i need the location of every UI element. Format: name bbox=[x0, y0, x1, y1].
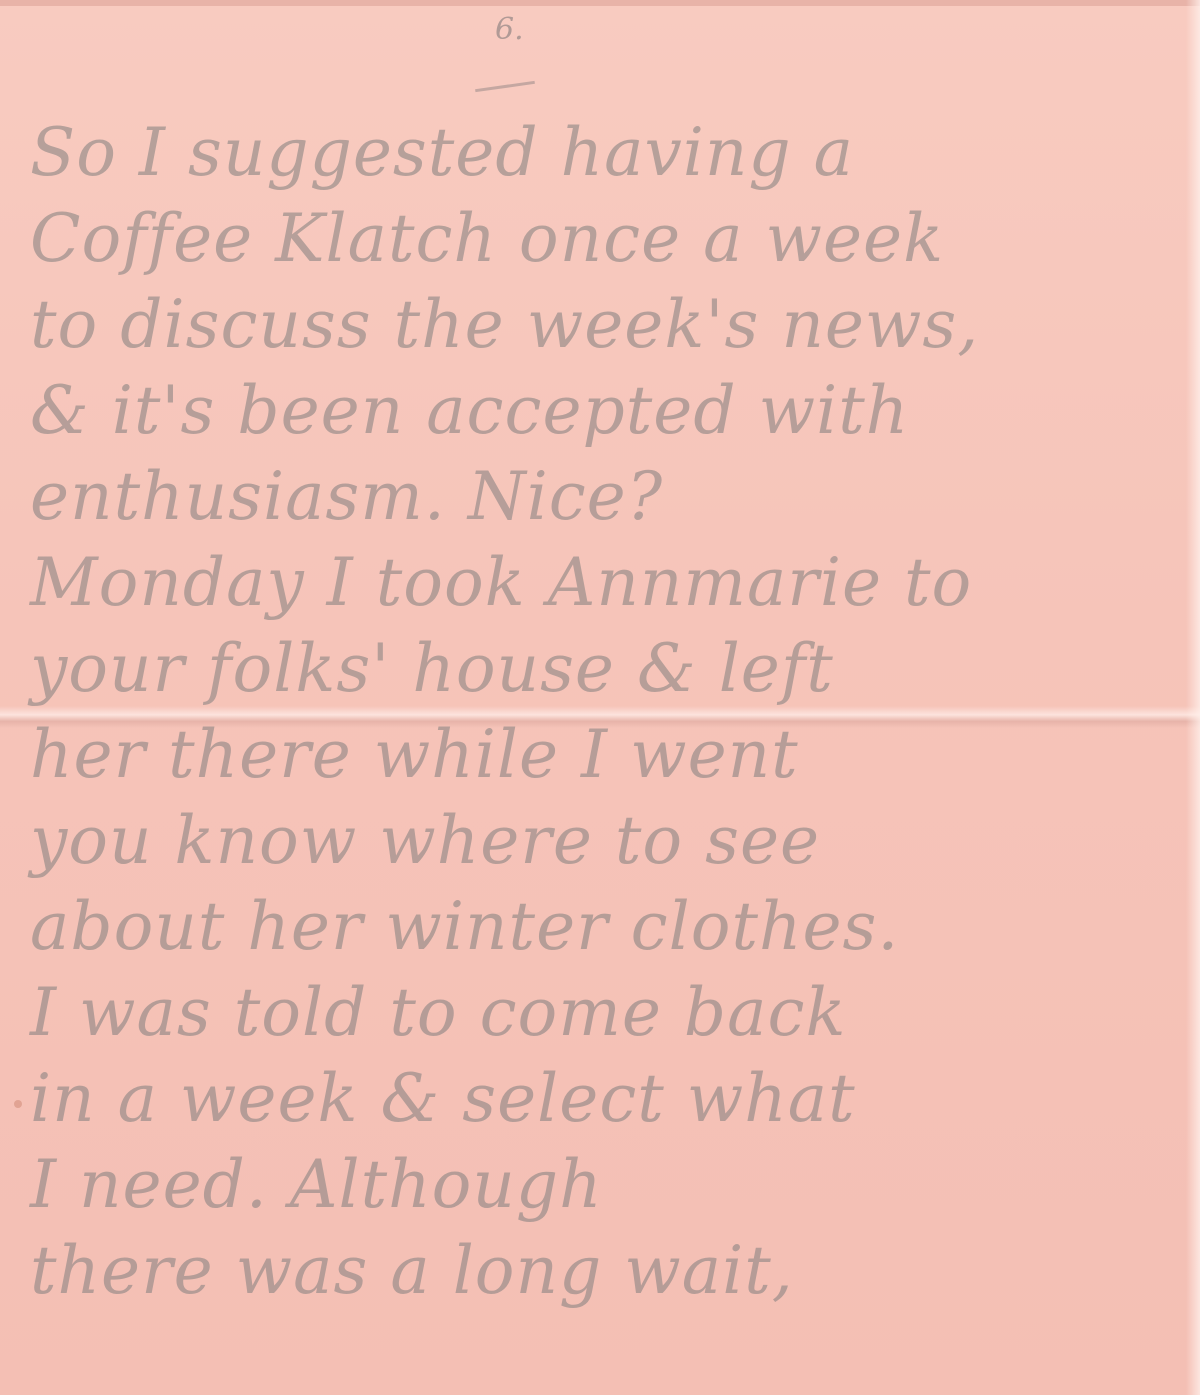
page-number: 6. bbox=[495, 12, 524, 47]
letter-line: her there while I went bbox=[30, 712, 1180, 798]
letter-line: your folks' house & left bbox=[30, 626, 1180, 712]
letter-line: & it's been accepted with bbox=[30, 368, 1180, 454]
letter-line: in a week & select what bbox=[30, 1056, 1180, 1142]
letter-line: Monday I took Annmarie to bbox=[30, 540, 1180, 626]
letter-line: you know where to see bbox=[30, 798, 1180, 884]
letter-line: about her winter clothes. bbox=[30, 884, 1180, 970]
letter-line: to discuss the week's news, bbox=[30, 282, 1180, 368]
letter-line: Coffee Klatch once a week bbox=[30, 196, 1180, 282]
letter-line: So I suggested having a bbox=[30, 110, 1180, 196]
handwritten-letter-body: So I suggested having a Coffee Klatch on… bbox=[30, 110, 1180, 1314]
page-number-underline bbox=[475, 81, 535, 92]
letter-line: I need. Although bbox=[30, 1142, 1180, 1228]
letter-line: enthusiasm. Nice? bbox=[30, 454, 1180, 540]
paper-stain bbox=[14, 1100, 22, 1108]
letter-line: I was told to come back bbox=[30, 970, 1180, 1056]
letter-line: there was a long wait, bbox=[30, 1228, 1180, 1314]
letter-page: 6. So I suggested having a Coffee Klatch… bbox=[0, 0, 1200, 1395]
